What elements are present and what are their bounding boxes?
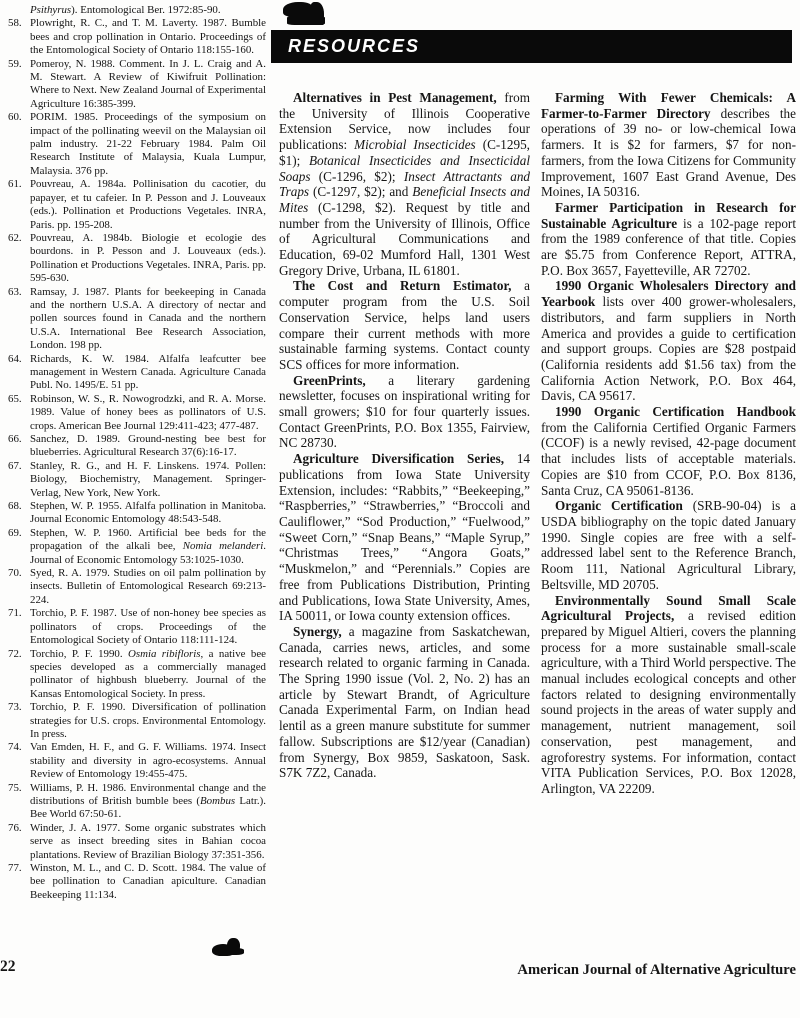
resources-col-2: Farming With Fewer Chemicals: A Farmer-t… (541, 90, 796, 797)
resources-banner-title: RESOURCES (271, 36, 420, 57)
reference-item: 69.Stephen, W. P. 1960. Artificial bee b… (8, 527, 266, 567)
reference-item: 70.Syed, R. A. 1979. Studies on oil palm… (8, 567, 266, 607)
text-segment: ). Entomological Ber. 1972:85-90. (71, 4, 220, 16)
reference-item: 67.Stanley, R. G., and H. F. Linskens. 1… (8, 460, 266, 500)
reference-continuation: Psithyrus). Entomological Ber. 1972:85-9… (8, 4, 266, 17)
reference-number: 63. (8, 286, 22, 299)
text-segment: Sanchez, D. 1989. Ground-nesting bee bes… (30, 433, 266, 458)
resources-banner: RESOURCES (271, 30, 792, 63)
text-segment: Ramsay, J. 1987. Plants for beekeeping i… (30, 286, 266, 352)
reference-item: 61.Pouvreau, A. 1984a. Pollinisation du … (8, 178, 266, 232)
text-segment: Pomeroy, N. 1988. Comment. In J. L. Crai… (30, 58, 266, 110)
reference-item: 58.Plowright, R. C., and T. M. Laverty. … (8, 17, 266, 57)
text-segment: PORIM. 1985. Proceedings of the symposiu… (30, 111, 266, 177)
reference-item: 59.Pomeroy, N. 1988. Comment. In J. L. C… (8, 58, 266, 112)
reference-number: 61. (8, 178, 22, 191)
italic-text: Nomia melanderi (183, 540, 263, 552)
text-segment: Pouvreau, A. 1984a. Pollinisation du cac… (30, 178, 266, 230)
entry-title: GreenPrints, (293, 373, 366, 388)
text-segment: (C-1298, $2). Request by title and numbe… (279, 200, 530, 278)
text-segment: from the California Certified Organic Fa… (541, 420, 796, 498)
reference-list: 58.Plowright, R. C., and T. M. Laverty. … (8, 17, 266, 902)
text-segment: Syed, R. A. 1979. Studies on oil palm po… (30, 567, 266, 606)
text-segment: Winder, J. A. 1977. Some organic substra… (30, 822, 266, 861)
entry-title: Organic Certification (555, 498, 683, 513)
resource-paragraph: Alternatives in Pest Management, from th… (279, 90, 530, 278)
reference-number: 73. (8, 701, 22, 714)
reference-number: 66. (8, 433, 22, 446)
reference-number: 74. (8, 741, 22, 754)
reference-item: 62.Pouvreau, A. 1984b. Biologie et ecolo… (8, 232, 266, 286)
text-segment: Van Emden, H. F., and G. F. Williams. 19… (30, 741, 266, 780)
resource-paragraph: 1990 Organic Wholesalers Directory and Y… (541, 278, 796, 404)
text-segment: (C-1296, $2); (311, 169, 404, 184)
journal-name: American Journal of Alternative Agricult… (517, 962, 796, 979)
reference-item: 74.Van Emden, H. F., and G. F. Williams.… (8, 741, 266, 781)
reference-number: 59. (8, 58, 22, 71)
text-segment: Torchio, P. F. 1987. Use of non-honey be… (30, 607, 266, 646)
reference-number: 69. (8, 527, 22, 540)
reference-item: 65.Robinson, W. S., R. Nowogrodzki, and … (8, 393, 266, 433)
ink-smudge-icon (283, 2, 329, 26)
reference-number: 60. (8, 111, 22, 124)
reference-item: 60.PORIM. 1985. Proceedings of the sympo… (8, 111, 266, 178)
text-segment: Robinson, W. S., R. Nowogrodzki, and R. … (30, 393, 266, 432)
references-column: Psithyrus). Entomological Ber. 1972:85-9… (8, 4, 266, 902)
text-segment: Stephen, W. P. 1955. Alfalfa pollination… (30, 500, 266, 525)
text-segment: lists over 400 grower-wholesalers, distr… (541, 294, 796, 403)
text-segment: a magazine from Saskatchewan, Canada, ca… (279, 624, 530, 780)
reference-number: 75. (8, 782, 22, 795)
text-segment: Winston, M. L., and C. D. Scott. 1984. T… (30, 862, 266, 901)
reference-item: 66.Sanchez, D. 1989. Ground-nesting bee … (8, 433, 266, 460)
text-segment: Stanley, R. G., and H. F. Linskens. 1974… (30, 460, 266, 499)
reference-item: 73.Torchio, P. F. 1990. Diversification … (8, 701, 266, 741)
reference-number: 70. (8, 567, 22, 580)
reference-number: 65. (8, 393, 22, 406)
italic-text: Microbial Insecticides (354, 137, 476, 152)
resource-paragraph: Environmentally Sound Small Scale Agricu… (541, 593, 796, 797)
reference-number: 58. (8, 17, 22, 30)
resource-paragraph: Organic Certification (SRB-90-04) is a U… (541, 498, 796, 592)
resource-paragraph: Synergy, a magazine from Saskatchewan, C… (279, 624, 530, 781)
journal-page: Psithyrus). Entomological Ber. 1972:85-9… (0, 0, 800, 1018)
reference-item: 75.Williams, P. H. 1986. Environmental c… (8, 782, 266, 822)
reference-item: 72.Torchio, P. F. 1990. Osmia ribifloris… (8, 648, 266, 702)
reference-number: 64. (8, 353, 22, 366)
page-number: 22 (0, 958, 16, 976)
reference-number: 67. (8, 460, 22, 473)
reference-number: 76. (8, 822, 22, 835)
reference-number: 77. (8, 862, 22, 875)
text-segment: Plowright, R. C., and T. M. Laverty. 198… (30, 17, 266, 56)
reference-item: 63.Ramsay, J. 1987. Plants for beekeepin… (8, 286, 266, 353)
entry-title: Alternatives in Pest Management, (293, 90, 497, 105)
text-segment: (C-1297, $2); and (309, 184, 412, 199)
text-segment: 14 publications from Iowa State Universi… (279, 451, 530, 623)
resource-paragraph: Farmer Participation in Research for Sus… (541, 200, 796, 279)
resource-paragraph: Farming With Fewer Chemicals: A Farmer-t… (541, 90, 796, 200)
text-segment: Richards, K. W. 1984. Alfalfa leafcutter… (30, 353, 266, 392)
resources-col-1: Alternatives in Pest Management, from th… (279, 90, 530, 781)
text-segment: Torchio, P. F. 1990. (30, 648, 128, 660)
resource-paragraph: GreenPrints, a literary gardening newsle… (279, 373, 530, 452)
entry-title: Synergy, (293, 624, 342, 639)
reference-number: 62. (8, 232, 22, 245)
text-segment: Torchio, P. F. 1990. Diversification of … (30, 701, 266, 740)
resource-paragraph: 1990 Organic Certification Handbook from… (541, 404, 796, 498)
reference-number: 68. (8, 500, 22, 513)
reference-item: 77.Winston, M. L., and C. D. Scott. 1984… (8, 862, 266, 902)
reference-item: 68.Stephen, W. P. 1955. Alfalfa pollinat… (8, 500, 266, 527)
resource-paragraph: Agriculture Diversification Series, 14 p… (279, 451, 530, 624)
entry-title: The Cost and Return Estimator, (293, 278, 511, 293)
entry-title: 1990 Organic Certification Handbook (555, 404, 796, 419)
resource-paragraph: The Cost and Return Estimator, a compute… (279, 278, 530, 372)
text-segment: Pouvreau, A. 1984b. Biologie et ecologie… (30, 232, 266, 284)
reference-item: 64.Richards, K. W. 1984. Alfalfa leafcut… (8, 353, 266, 393)
italic-text: Psithyrus (30, 4, 71, 16)
reference-number: 72. (8, 648, 22, 661)
reference-item: 71.Torchio, P. F. 1987. Use of non-honey… (8, 607, 266, 647)
reference-number: 71. (8, 607, 22, 620)
reference-item: 76.Winder, J. A. 1977. Some organic subs… (8, 822, 266, 862)
text-segment: a revised edition prepared by Miguel Alt… (541, 608, 796, 796)
entry-title: Agriculture Diversification Series, (293, 451, 504, 466)
ink-smudge-icon (212, 938, 246, 956)
italic-text: Bombus (200, 795, 235, 807)
italic-text: Osmia ribifloris (128, 648, 201, 660)
